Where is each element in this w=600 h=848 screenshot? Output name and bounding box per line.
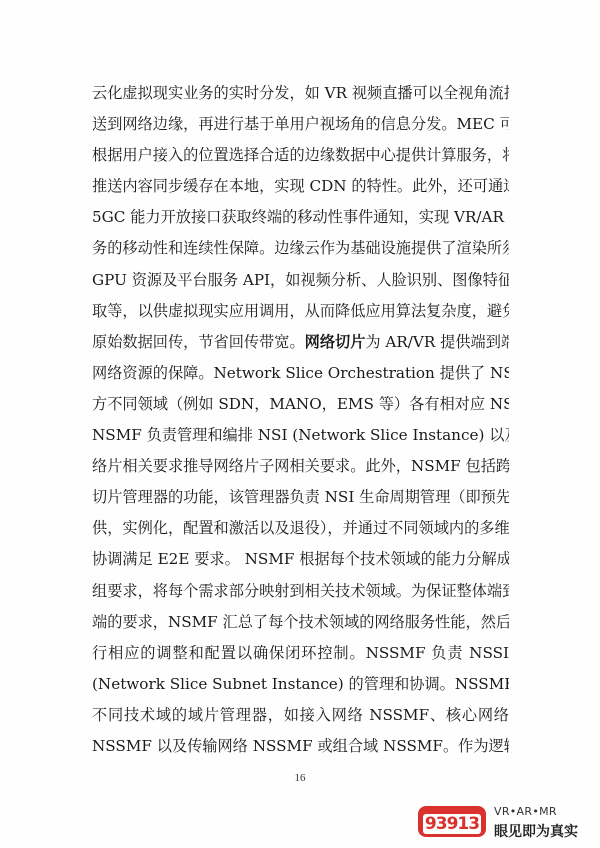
logo-badge-text: 93913	[423, 814, 481, 834]
text-line: NSMF 负责管理和编排 NSI (Network Slice Instance…	[92, 420, 509, 451]
text-line: 行相应的调整和配置以确保闭环控制。NSSMF 负责 NSSI	[92, 638, 509, 669]
bold-term-network-slicing: 网络切片	[305, 333, 366, 351]
text-line: 切片管理器的功能，该管理器负责 NSI 生命周期管理（即预先提	[92, 482, 509, 513]
logo-tagline-bottom: 眼见即为真实	[494, 821, 578, 841]
document-page: 云化虚拟现实业务的实时分发，如 VR 视频直播可以全视角流推 送到网络边缘，再进…	[0, 0, 600, 848]
text-line: NSSMF 以及传输网络 NSSMF 或组合域 NSSMF。作为逻辑实体，	[92, 731, 509, 762]
logo-tagline-top: VR•AR•MR	[494, 805, 557, 818]
text-line: 网络资源的保障。Network Slice Orchestration 提供了 …	[92, 358, 509, 389]
text-line: 方不同领域（例如 SDN，MANO，EMS 等）各有相对应 NSSMF。	[92, 389, 509, 420]
text-line: 组要求，将每个需求部分映射到相关技术领域。为保证整体端到	[92, 576, 509, 607]
text-line: 务的移动性和连续性保障。边缘云作为基础设施提供了渲染所须	[92, 233, 509, 264]
text-line: GPU 资源及平台服务 API，如视频分析、人脸识别、图像特征提	[92, 265, 509, 296]
body-text: 云化虚拟现实业务的实时分发，如 VR 视频直播可以全视角流推 送到网络边缘，再进…	[92, 78, 509, 762]
text-line-with-bold: 原始数据回传，节省回传带宽。网络切片为 AR/VR 提供端到端	[92, 327, 509, 358]
logo-badge-icon: 93913	[418, 806, 486, 837]
text-line: 5GC 能力开放接口获取终端的移动性事件通知，实现 VR/AR 业	[92, 202, 509, 233]
text-line: 根据用户接入的位置选择合适的边缘数据中心提供计算服务，将	[92, 140, 509, 171]
page-number: 16	[288, 772, 312, 784]
text-line: 取等，以供虚拟现实应用调用，从而降低应用算法复杂度，避免	[92, 296, 509, 327]
text-segment: 原始数据回传，节省回传带宽。	[92, 333, 305, 351]
text-line: 协调满足 E2E 要求。 NSMF 根据每个技术领域的能力分解成多	[92, 544, 509, 575]
text-line: 推送内容同步缓存在本地，实现 CDN 的特性。此外，还可通过	[92, 171, 509, 202]
text-segment: 为 AR/VR 提供端到端	[365, 333, 509, 351]
text-line: 不同技术域的域片管理器，如接入网络 NSSMF、核心网络	[92, 700, 509, 731]
text-line: 络片相关要求推导网络片子网相关要求。此外，NSMF 包括跨域	[92, 451, 509, 482]
text-line: 供，实例化，配置和激活以及退役），并通过不同领域内的多维	[92, 513, 509, 544]
text-line: 端的要求，NSMF 汇总了每个技术领域的网络服务性能，然后执	[92, 607, 509, 638]
text-line: 送到网络边缘，再进行基于单用户视场角的信息分发。MEC 可	[92, 109, 509, 140]
watermark-logo: 93913 VR•AR•MR 眼见即为真实	[418, 804, 593, 840]
text-line: 云化虚拟现实业务的实时分发，如 VR 视频直播可以全视角流推	[92, 78, 509, 109]
text-line: (Network Slice Subnet Instance) 的管理和协调。N…	[92, 669, 509, 700]
